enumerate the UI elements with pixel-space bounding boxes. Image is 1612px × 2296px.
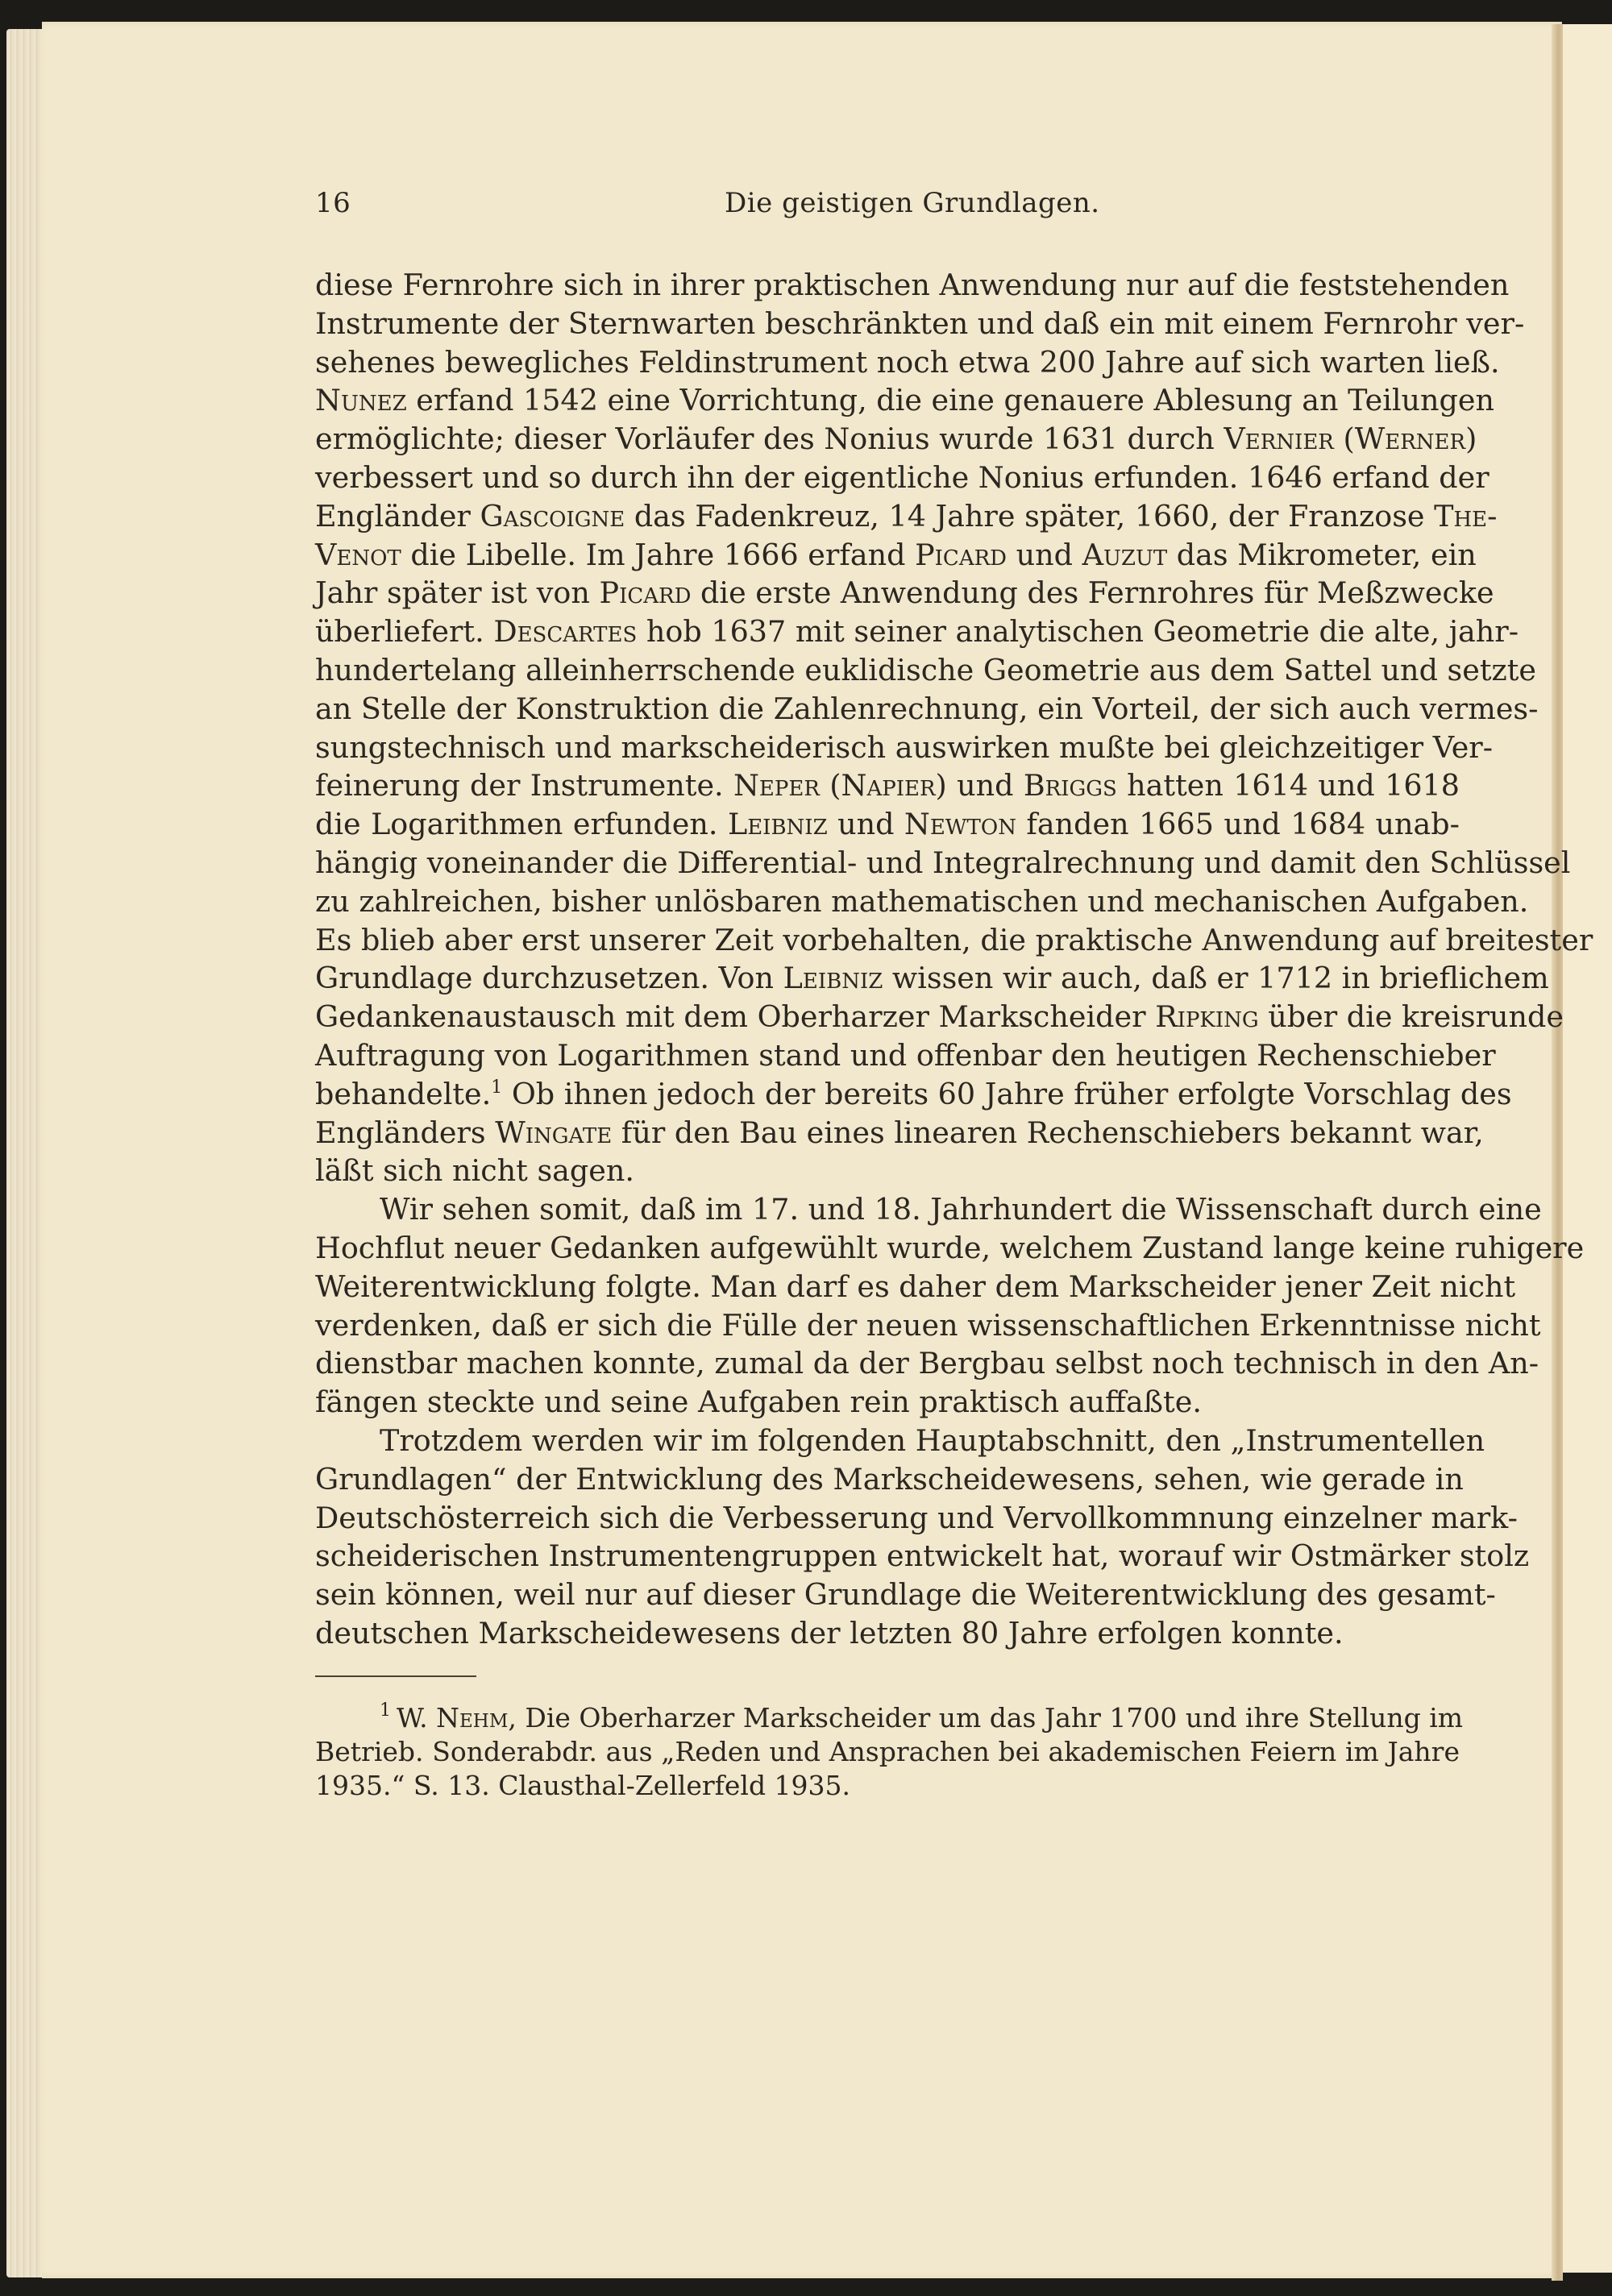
text-line: sein können, weil nur auf dieser Grundla… [315, 1576, 1460, 1614]
text-line: sehenes bewegliches Feldinstrument noch … [315, 343, 1460, 382]
text-line: scheiderischen Instrumentengruppen entwi… [315, 1537, 1460, 1576]
text-line: Grundlagen“ der Entwicklung des Marksche… [315, 1460, 1460, 1499]
text-line: dienstbar machen konnte, zumal da der Be… [315, 1344, 1460, 1383]
text-line: Venot die Libelle. Im Jahre 1666 erfand … [315, 536, 1460, 575]
text-line: zu zahlreichen, bisher unlösbaren mathem… [315, 882, 1460, 921]
page-content: 16 Die geistigen Grundlagen. diese Fernr… [315, 179, 1460, 1803]
text-line: Es blieb aber erst unserer Zeit vorbehal… [315, 921, 1460, 960]
footnote-line: 1935.“ S. 13. Clausthal-Zellerfeld 1935. [315, 1769, 1460, 1803]
footnote-line: Betrieb. Sonderabdr. aus „Reden und Ansp… [315, 1735, 1460, 1769]
footnote: 1 W. Nehm, Die Oberharzer Markscheider u… [315, 1701, 1460, 1803]
text-line: an Stelle der Konstruktion die Zahlenrec… [315, 690, 1460, 729]
footnote-reference[interactable]: 1 [491, 1077, 502, 1098]
text-line: Gedankenaustausch mit dem Oberharzer Mar… [315, 998, 1460, 1036]
paragraph: Trotzdem werden wir im folgenden Hauptab… [315, 1422, 1460, 1653]
author-name: Neper [733, 768, 820, 803]
paragraph: Wir sehen somit, daß im 17. und 18. Jahr… [315, 1190, 1460, 1422]
author-name: Werner [1355, 421, 1465, 456]
author-name: Picard [915, 538, 1007, 572]
book-gutter [1552, 24, 1563, 2281]
paragraph: diese Fernrohre sich in ihrer praktische… [315, 266, 1460, 1190]
text-line: hängig voneinander die Differential- und… [315, 844, 1460, 882]
text-line: läßt sich nicht sagen. [315, 1152, 1460, 1190]
page-edge-stack [6, 29, 45, 2277]
running-title: Die geistigen Grundlagen. [725, 187, 1100, 219]
text-line: deutschen Markscheidewesens der letzten … [315, 1614, 1460, 1653]
footnotes: 1 W. Nehm, Die Oberharzer Markscheider u… [315, 1701, 1460, 1803]
footnote-marker: 1 [380, 1700, 397, 1721]
text-line: Engländer Gascoigne das Fadenkreuz, 14 J… [315, 497, 1460, 536]
author-name: Auzut [1082, 538, 1168, 572]
author-name: Ripking [1155, 999, 1258, 1034]
author-name: Napier [841, 768, 936, 803]
page-number: 16 [315, 187, 351, 219]
author-name: Wingate [495, 1115, 612, 1150]
author-name: Nehm [436, 1702, 508, 1733]
body-text: diese Fernrohre sich in ihrer praktische… [315, 266, 1460, 1653]
text-line: behandelte.1 Ob ihnen jedoch der bereits… [315, 1075, 1460, 1114]
text-line: feinerung der Instrumente. Neper (Napier… [315, 766, 1460, 805]
author-name: Nunez [315, 383, 407, 417]
text-line: Nunez erfand 1542 eine Vorrichtung, die … [315, 381, 1460, 420]
text-line: die Logarithmen erfunden. Leibniz und Ne… [315, 805, 1460, 844]
text-line: Grundlage durchzusetzen. Von Leibniz wis… [315, 959, 1460, 998]
text-line: ermöglichte; dieser Vorläufer des Nonius… [315, 420, 1460, 459]
text-line: diese Fernrohre sich in ihrer praktische… [315, 266, 1460, 305]
text-line: Trotzdem werden wir im folgenden Hauptab… [315, 1422, 1460, 1460]
author-name: Briggs [1024, 768, 1117, 803]
author-name: Newton [904, 807, 1016, 841]
text-line: verbessert und so durch ihn der eigentli… [315, 459, 1460, 497]
author-name: Descartes [493, 614, 637, 649]
author-name: Gascoigne [480, 499, 625, 534]
text-line: Engländers Wingate für den Bau eines lin… [315, 1114, 1460, 1152]
footnote-line: 1 W. Nehm, Die Oberharzer Markscheider u… [315, 1701, 1460, 1735]
facing-page-edge [1563, 24, 1612, 2273]
text-line: sungstechnisch und markscheiderisch ausw… [315, 729, 1460, 767]
text-line: fängen steckte und seine Aufgaben rein p… [315, 1383, 1460, 1422]
text-line: verdenken, daß er sich die Fülle der neu… [315, 1306, 1460, 1345]
text-line: Weiterentwicklung folgte. Man darf es da… [315, 1268, 1460, 1306]
text-line: hundertelang alleinherrschende euklidisc… [315, 651, 1460, 690]
text-line: Wir sehen somit, daß im 17. und 18. Jahr… [315, 1190, 1460, 1229]
text-line: Auftragung von Logarithmen stand und off… [315, 1036, 1460, 1075]
author-name: The- [1434, 499, 1497, 534]
author-name: Picard [600, 575, 692, 610]
footnote-rule [315, 1675, 476, 1677]
text-line: Instrumente der Sternwarten beschränkten… [315, 305, 1460, 343]
author-name: Vernier [1224, 421, 1334, 456]
text-line: Jahr später ist von Picard die erste Anw… [315, 574, 1460, 612]
text-line: Deutschösterreich sich die Verbesserung … [315, 1499, 1460, 1538]
author-name: Leibniz [783, 961, 883, 995]
running-head: 16 Die geistigen Grundlagen. [315, 179, 1460, 227]
author-name: Leibniz [728, 807, 828, 841]
text-line: überliefert. Descartes hob 1637 mit sein… [315, 612, 1460, 651]
author-name: Venot [315, 538, 401, 572]
text-line: Hochflut neuer Gedanken aufgewühlt wurde… [315, 1229, 1460, 1268]
